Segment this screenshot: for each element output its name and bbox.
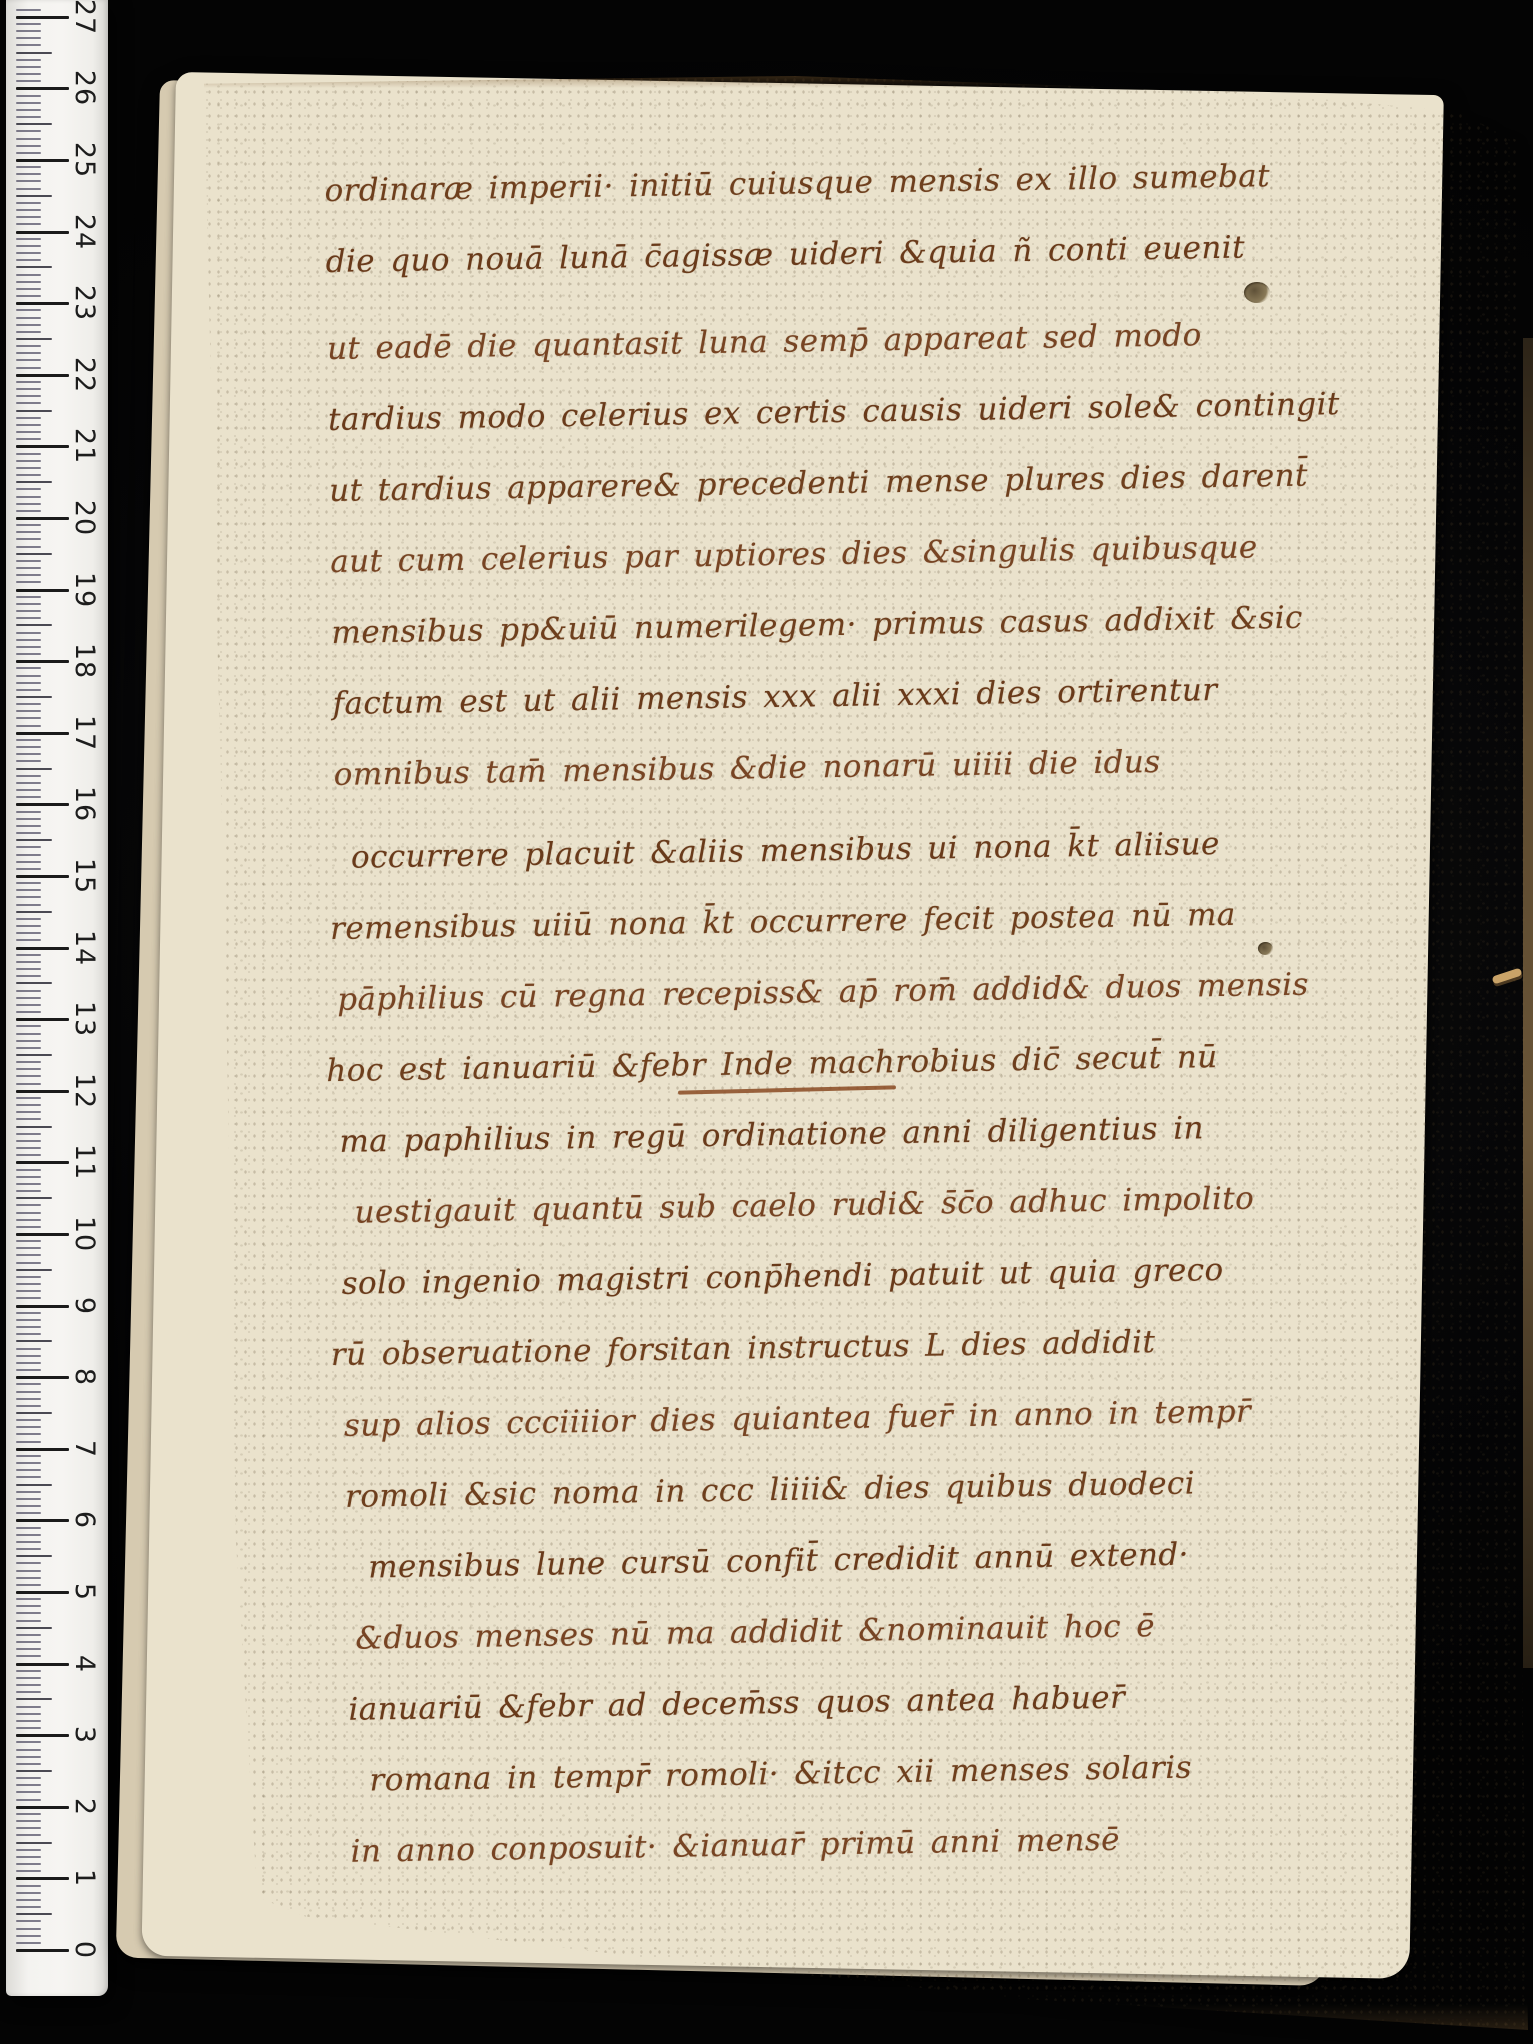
manuscript-line: solo ingenio magistri conp̄hendi patuit …: [341, 1235, 1202, 1319]
manuscript-line: ut eadē die quantasit luna semp̄ apparea…: [326, 300, 1187, 384]
manuscript-line: rū obseruatione forsitan instructus L di…: [330, 1306, 1203, 1391]
manuscript-line: die quo nouā lunā c̄agissæ uideri &quia …: [325, 213, 1186, 297]
manuscript-book: ordinaræ imperii· initiū cuiusque mensis…: [0, 0, 1533, 2044]
manuscript-line: ut tardius apparere& precedenti mense pl…: [329, 442, 1190, 526]
wormhole: [1258, 942, 1273, 955]
manuscript-line: romana in tempr̄ romoli· &itcc xii mense…: [369, 1732, 1210, 1816]
manuscript-line: factum est ut alii mensis xxx alii xxxi …: [332, 655, 1193, 739]
manuscript-line: sup alios ccciiiior dies quiantea fuer̄ …: [343, 1377, 1204, 1461]
manuscript-line: pāphilius cū regna recepiss& ap̄ rom̄ ad…: [337, 951, 1198, 1035]
manuscript-line: ianuariū &febr ad decem̄ss quos antea ha…: [348, 1661, 1209, 1745]
manuscript-page: ordinaræ imperii· initiū cuiusque mensis…: [196, 74, 1528, 2030]
wormhole: [1244, 282, 1270, 303]
manuscript-line: &duos menses nū ma addidit &nominauit ho…: [355, 1590, 1208, 1674]
stitch-thread: [1491, 968, 1522, 985]
manuscript-line: tardius modo celerius ex certis causis u…: [328, 371, 1189, 455]
manuscript-line: ma paphilius in regū ordinatione anni di…: [339, 1093, 1200, 1177]
manuscript-line: in anno conposuit· &ianuar̄ primū anni m…: [350, 1803, 1211, 1887]
manuscript-line: mensibus pp&uiū numerilegem· primus casu…: [331, 584, 1192, 668]
manuscript-line: remensibus uiiū nona k̄t occurrere fecit…: [330, 880, 1197, 965]
manuscript-line: occurrere placuit &aliis mensibus ui non…: [350, 809, 1195, 893]
manuscript-line: omnibus tam̄ mensibus &die nonarū uiiii …: [333, 726, 1194, 810]
underline-mark: [678, 1085, 896, 1094]
manuscript-line: hoc est ianuariū &febr Inde machrobius d…: [326, 1022, 1199, 1107]
text-block: ordinaræ imperii· initiū cuiusque mensis…: [324, 142, 1211, 1887]
manuscript-line: romoli &sic noma in ccc liiii& dies quib…: [345, 1448, 1206, 1532]
manuscript-line: ordinaræ imperii· initiū cuiusque mensis…: [324, 142, 1185, 226]
book-fore-edge: [1523, 338, 1533, 1668]
manuscript-line: mensibus lune cursū confit̄ credidit ann…: [368, 1519, 1207, 1603]
manuscript-line: uestigauit quantū sub caelo rudi& s̄c̄o …: [354, 1164, 1201, 1248]
manuscript-line: aut cum celerius par uptiores dies &sing…: [330, 513, 1191, 597]
photo-background: 0123456789101112131415161718192021222324…: [0, 0, 1533, 2044]
